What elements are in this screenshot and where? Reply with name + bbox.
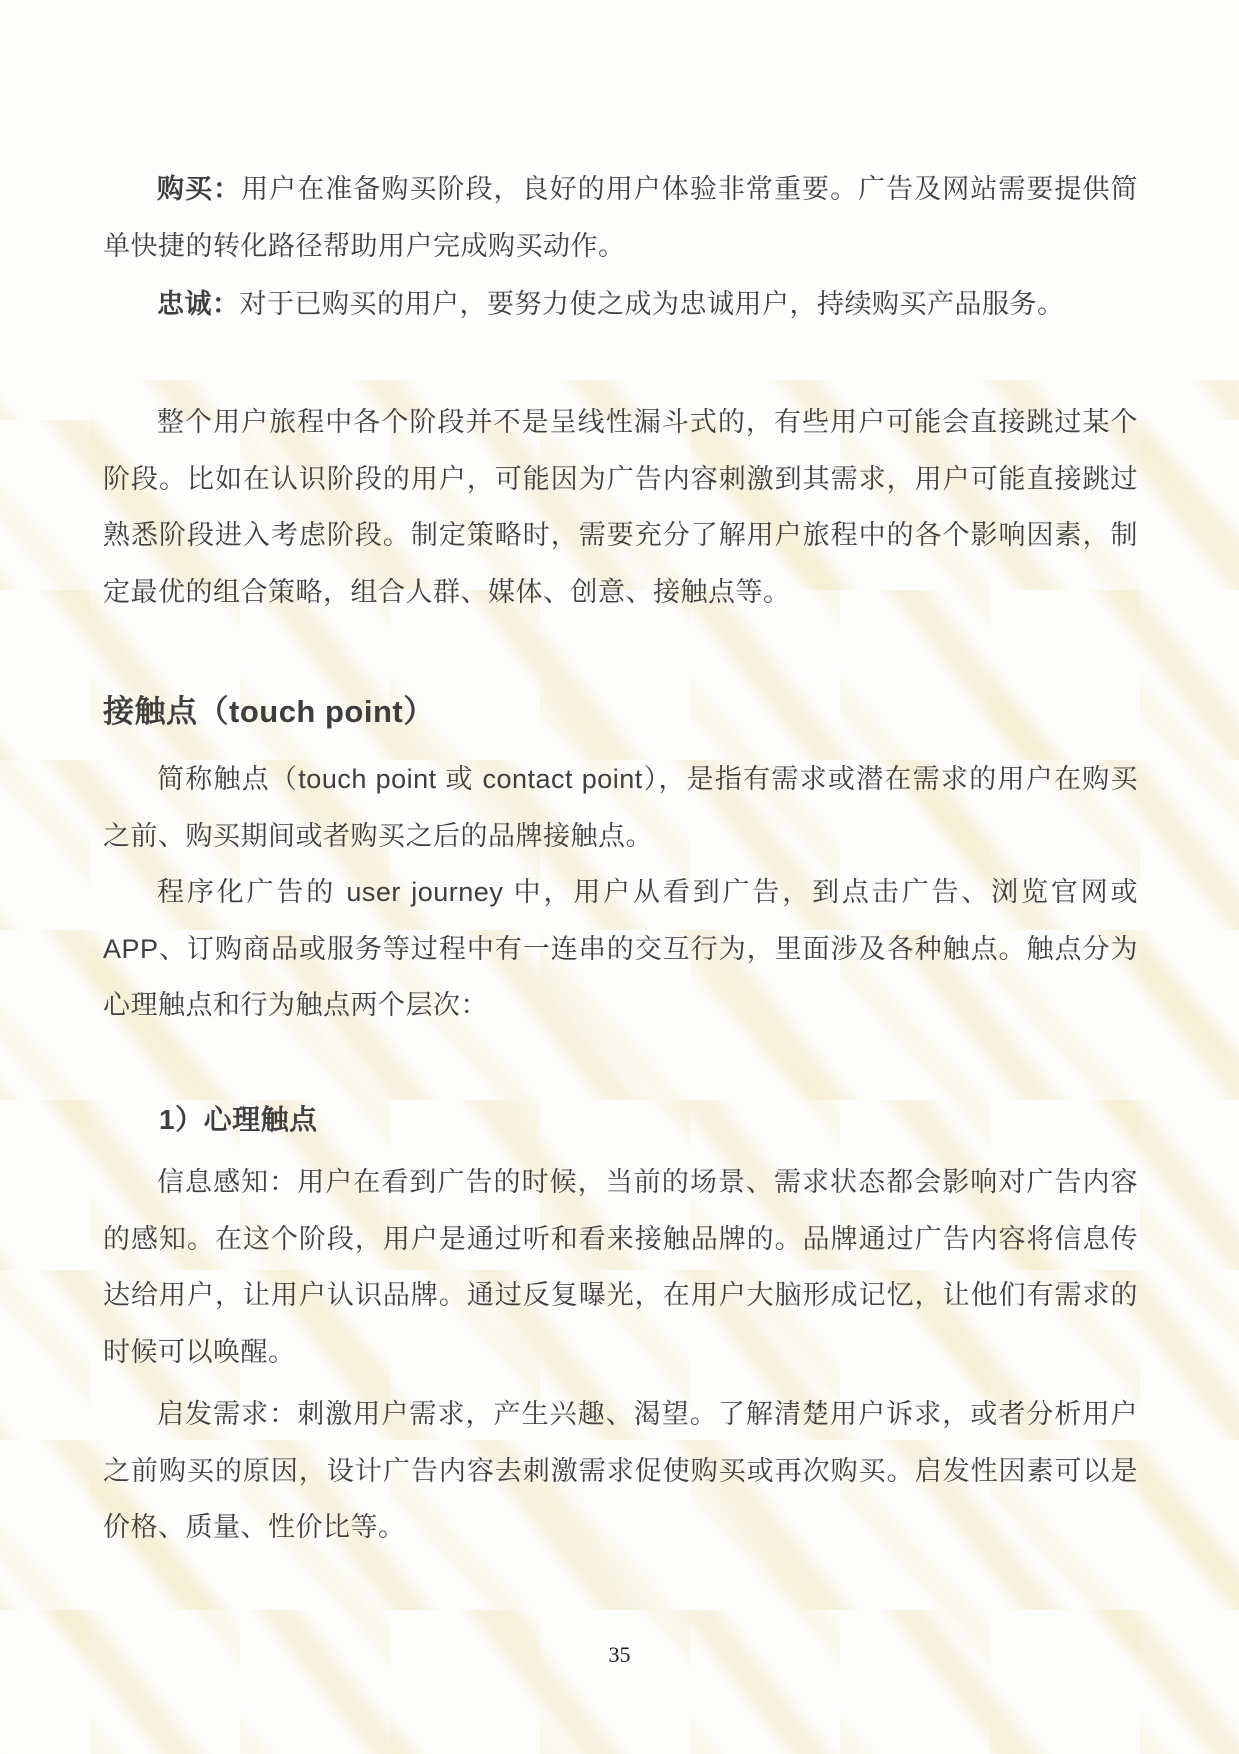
document-page: 购买：用户在准备购买阶段，良好的用户体验非常重要。广告及网站需要提供简单快捷的转… [0,0,1239,1754]
paragraph-touchpoint-definition: 简称触点（touch point 或 contact point），是指有需求或… [103,751,1138,864]
paragraph-inspire-demand: 启发需求：刺激用户需求，产生兴趣、渴望。了解清楚用户诉求，或者分析用户之前购买的… [103,1386,1138,1556]
paragraph-loyalty: 忠诚：对于已购买的用户，要努力使之成为忠诚用户，持续购买产品服务。 [103,276,1138,333]
paragraph-buy-lead: 购买： [157,174,241,204]
paragraph-loyalty-lead: 忠诚： [157,289,240,319]
paragraph-user-journey: 整个用户旅程中各个阶段并不是呈线性漏斗式的，有些用户可能会直接跳过某个阶段。比如… [103,394,1138,620]
subheading-psychological-touchpoint: 1）心理触点 [103,1091,1138,1148]
paragraph-loyalty-text: 对于已购买的用户，要努力使之成为忠诚用户，持续购买产品服务。 [240,289,1065,319]
heading-touchpoint: 接触点（touch point） [103,683,1138,740]
paragraph-touchpoint-journey: 程序化广告的 user journey 中，用户从看到广告，到点击广告、浏览官网… [103,864,1138,1034]
page-content: 购买：用户在准备购买阶段，良好的用户体验非常重要。广告及网站需要提供简单快捷的转… [103,0,1138,1754]
paragraph-buy: 购买：用户在准备购买阶段，良好的用户体验非常重要。广告及网站需要提供简单快捷的转… [103,161,1138,274]
page-number: 35 [0,1642,1239,1668]
paragraph-buy-text: 用户在准备购买阶段，良好的用户体验非常重要。广告及网站需要提供简单快捷的转化路径… [103,174,1138,261]
paragraph-information-perception: 信息感知：用户在看到广告的时候，当前的场景、需求状态都会影响对广告内容的感知。在… [103,1154,1138,1380]
